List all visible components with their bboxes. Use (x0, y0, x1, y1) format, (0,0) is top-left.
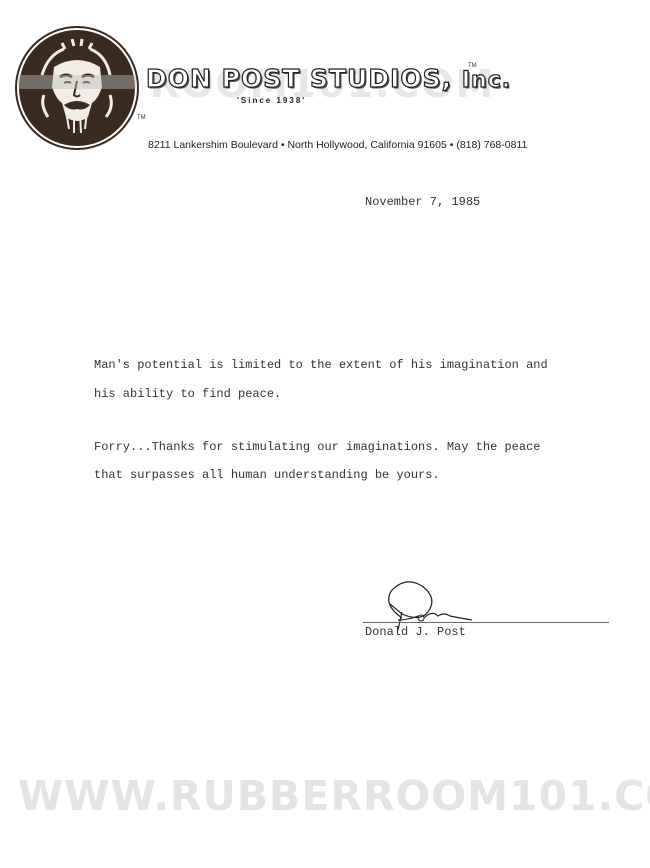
company-name-main: DON POST STUDIOS, (146, 64, 462, 93)
logo-trademark: TM (137, 115, 146, 121)
letter-date: November 7, 1985 (365, 195, 480, 209)
since-tagline: 'Since 1938' (237, 96, 306, 105)
company-suffix: Inc. (462, 68, 511, 93)
company-address: 8211 Lankershim Boulevard • North Hollyw… (148, 139, 527, 151)
paragraph-1-line-1: Man's potential is limited to the extent… (94, 358, 548, 372)
paragraph-2-line-2: that surpasses all human understanding b… (94, 468, 440, 482)
signature-name: Donald J. Post (365, 625, 466, 639)
company-trademark: TM (468, 63, 477, 69)
bearded-face-emblem-icon (14, 25, 140, 151)
signature-line (363, 622, 609, 623)
paragraph-2-line-1: Forry...Thanks for stimulating our imagi… (94, 440, 540, 454)
company-name: DON POST STUDIOS, Inc. (146, 64, 511, 93)
paragraph-1-line-2: his ability to find peace. (94, 387, 281, 401)
watermark-bottom: WWW.RUBBERROOM101.COM (18, 772, 650, 820)
